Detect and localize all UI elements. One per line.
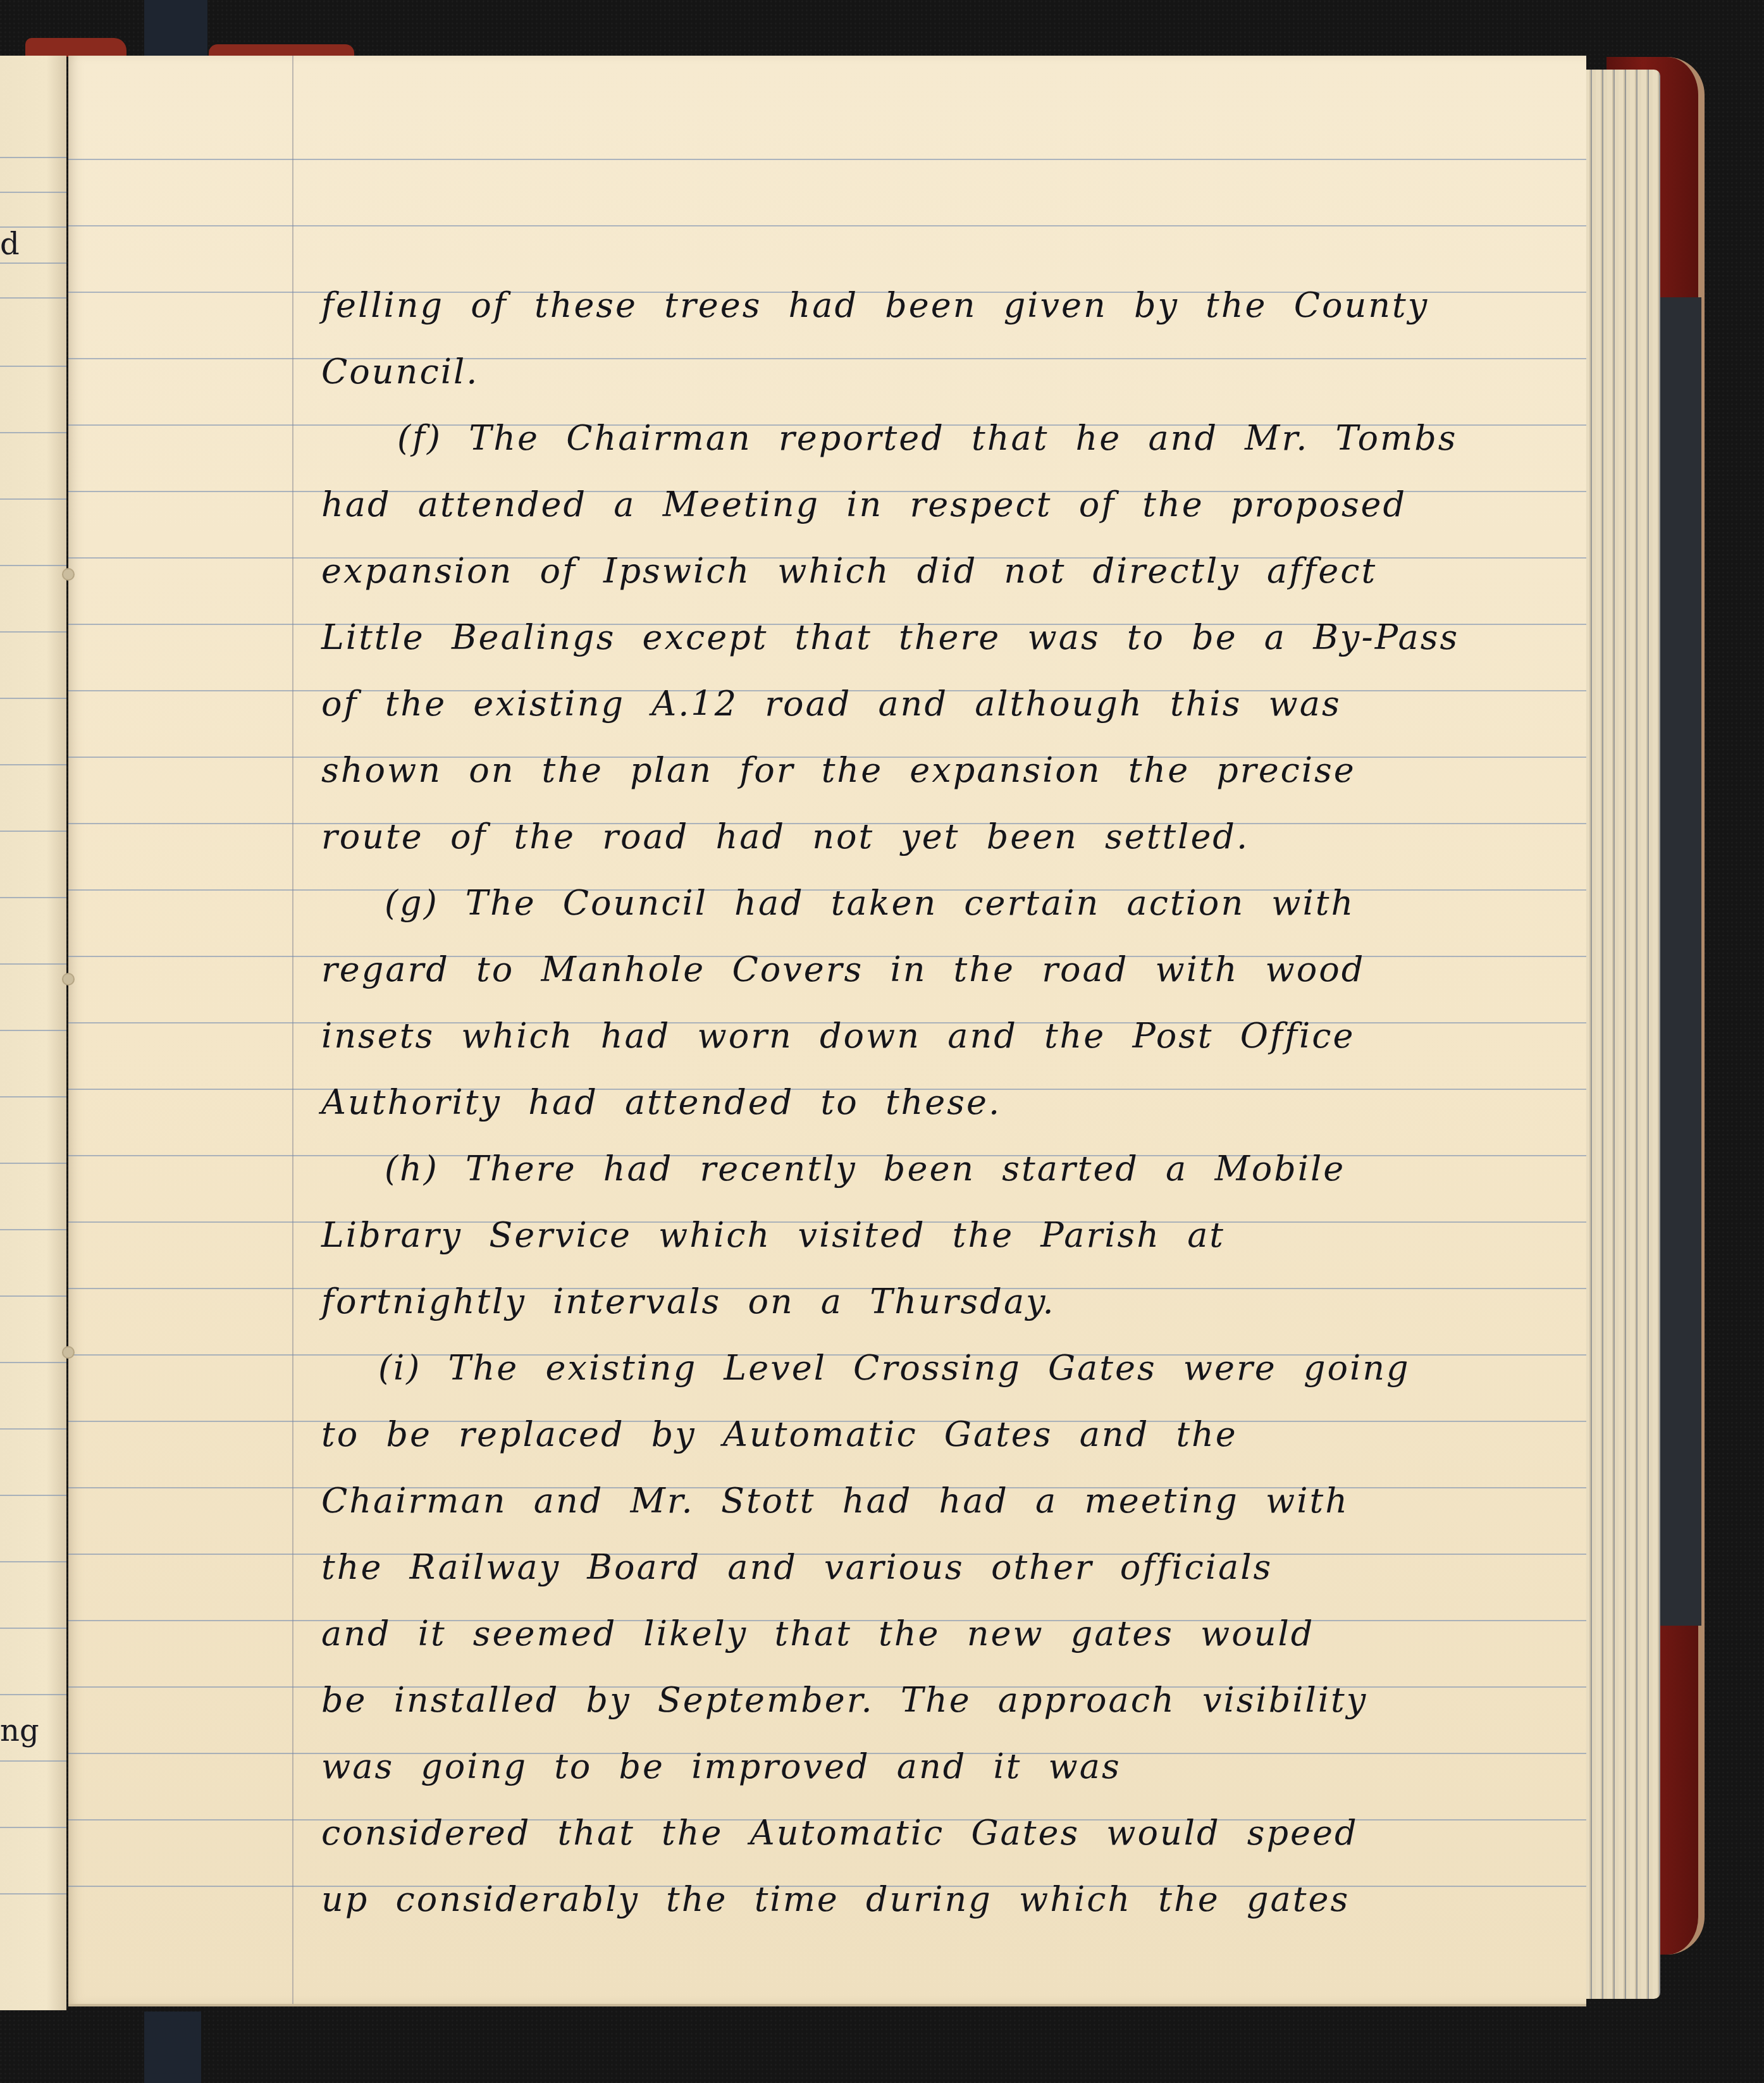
text-line: of the existing A.12 road and although t… [321, 682, 1342, 726]
text-line: considered that the Automatic Gates woul… [321, 1811, 1359, 1855]
text-line: Authority had attended to these. [321, 1080, 1001, 1125]
text-line: (f) The Chairman reported that he and Mr… [397, 416, 1457, 460]
left-page-fragment: ng [0, 1713, 39, 1748]
text-line: Library Service which visited the Parish… [321, 1213, 1225, 1258]
binding-stitch [63, 1347, 73, 1357]
text-line: Chairman and Mr. Stott had had a meeting… [321, 1479, 1349, 1523]
page-edges [1584, 70, 1660, 1999]
text-line: the Railway Board and various other offi… [321, 1545, 1273, 1590]
text-line: was going to be improved and it was [321, 1745, 1121, 1789]
text-line: to be replaced by Automatic Gates and th… [321, 1412, 1238, 1457]
text-line: Council. [321, 350, 479, 394]
text-line: (g) The Council had taken certain action… [385, 881, 1355, 925]
text-line: insets which had worn down and the Post … [321, 1014, 1355, 1058]
text-line: up considerably the time during which th… [321, 1877, 1350, 1922]
text-line: and it seemed likely that the new gates … [321, 1612, 1314, 1656]
book-spine-cloth [1657, 297, 1701, 1626]
margin-line [292, 56, 293, 2004]
text-line: (i) The existing Level Crossing Gates we… [378, 1346, 1410, 1390]
text-line: shown on the plan for the expansion the … [321, 748, 1356, 793]
right-page: felling of these trees had been given by… [68, 56, 1586, 2006]
binding-stitch [63, 974, 73, 984]
text-line: fortnightly intervals on a Thursday. [321, 1280, 1056, 1324]
text-line: be installed by September. The approach … [321, 1678, 1367, 1722]
text-line: had attended a Meeting in respect of the… [321, 483, 1407, 527]
left-page-fragment: d [0, 226, 20, 262]
text-line: expansion of Ipswich which did not direc… [321, 549, 1377, 593]
text-line: route of the road had not yet been settl… [321, 815, 1249, 859]
text-line: Little Bealings except that there was to… [321, 615, 1459, 660]
cover-edge [25, 38, 126, 57]
text-line: regard to Manhole Covers in the road wit… [321, 948, 1365, 992]
left-page: d ng [0, 56, 66, 2010]
text-line: felling of these trees had been given by… [321, 283, 1429, 328]
binding-stitch [63, 569, 73, 579]
bookmark-ribbon-bottom [144, 2012, 201, 2083]
text-line: (h) There had recently been started a Mo… [385, 1147, 1345, 1191]
